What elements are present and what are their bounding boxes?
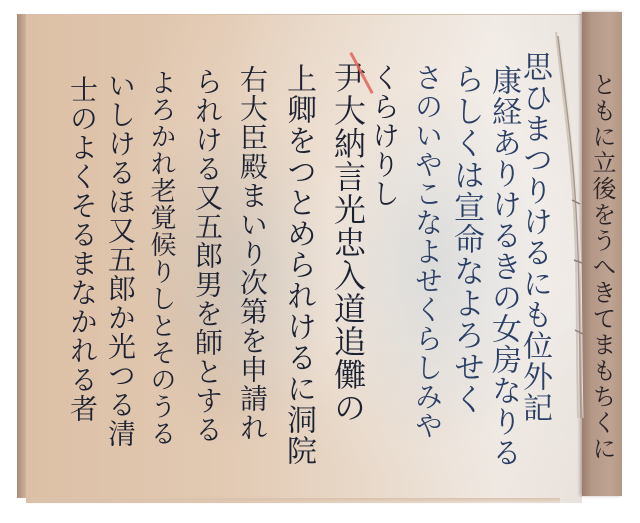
- text-column-9: られける又五郎男を師とする: [193, 67, 221, 444]
- binding-string-icon: [554, 30, 584, 420]
- text-column-6: 尹大納言光忠入道追儺の: [332, 61, 364, 424]
- cover-flap: ともに立後をうへきてまもちくに: [582, 12, 622, 496]
- text-column-2: 康経ありけるきの女房なりる: [488, 65, 518, 468]
- text-column-11: いしけるほ又五郎か光つる清: [106, 71, 134, 448]
- text-column-10: よろかれ老覚候りしとそのうる: [148, 69, 174, 447]
- text-column-1: 思ひまつりけるにも位外記: [519, 51, 549, 423]
- text-column-5: くらけりし: [370, 63, 398, 208]
- flap-text-column: ともに立後をうへきてまもちくに: [590, 72, 614, 462]
- page-bottom-edge: [30, 498, 560, 504]
- manuscript-page: 思ひまつりけるにも位外記 康経ありけるきの女房なりる らしくは宣命なよろせく さ…: [26, 14, 582, 503]
- text-column-8: 右大臣殿まいり次第を申請れ: [238, 65, 266, 442]
- text-column-3: らしくは宣命なよろせく: [450, 63, 481, 415]
- text-column-12: 士のよくそるまなかれる者: [68, 75, 96, 423]
- text-column-7: 上卿をつとめられけるに洞院: [283, 63, 313, 466]
- text-column-4: さのいやこなよせくらしみや: [413, 63, 441, 440]
